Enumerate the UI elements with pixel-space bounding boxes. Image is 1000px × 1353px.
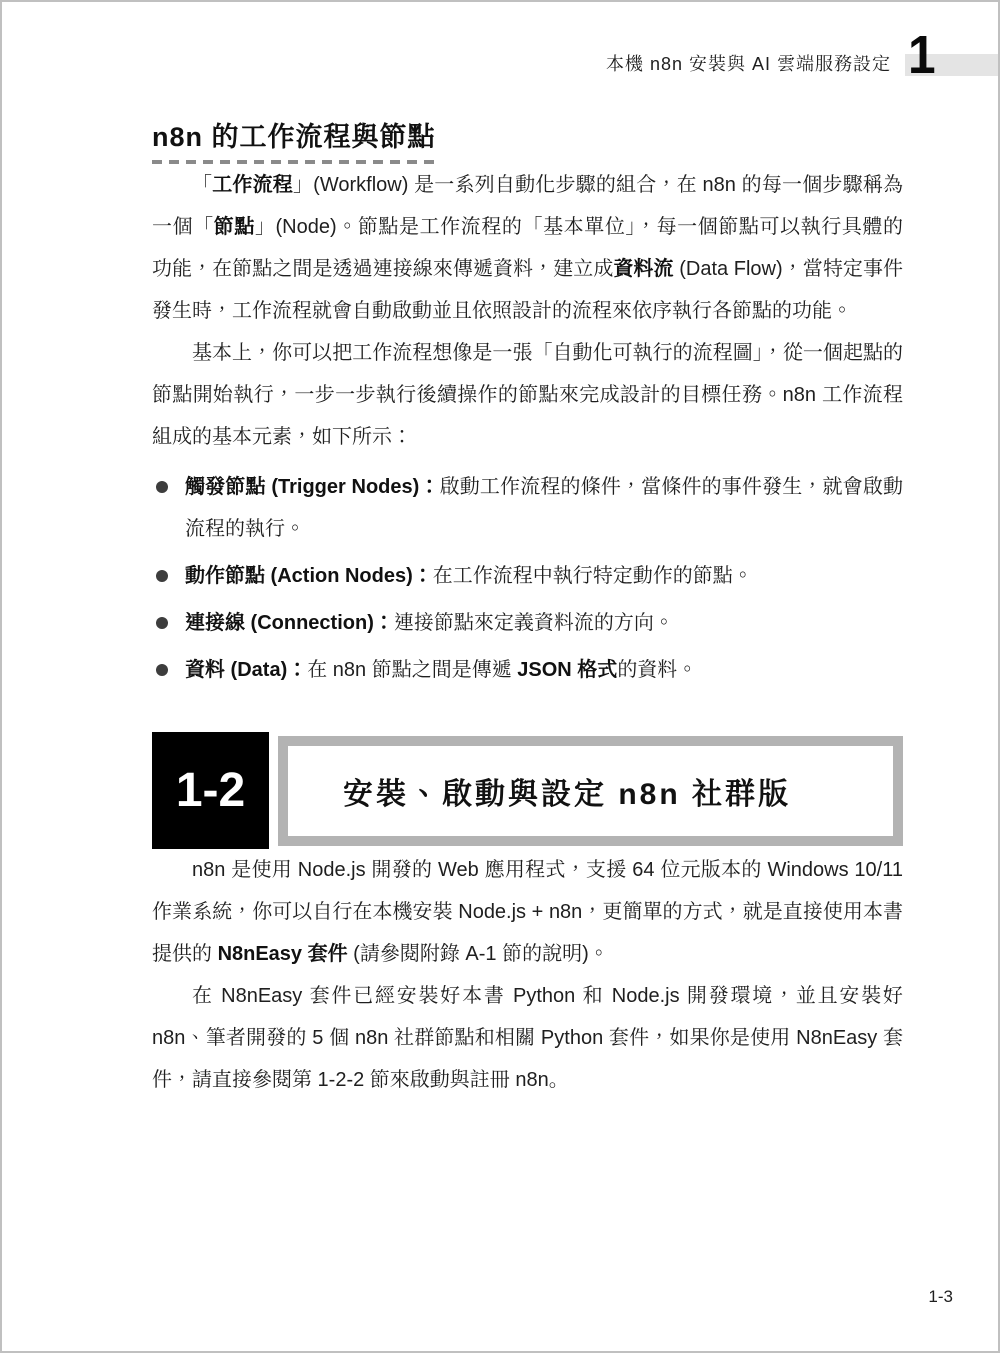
paragraph-workflow-definition: 「工作流程」(Workflow) 是一系列自動化步驟的組合，在 n8n 的每一個… bbox=[152, 164, 903, 332]
paragraph-n8neasy-details: 在 N8nEasy 套件已經安裝好本書 Python 和 Node.js 開發環… bbox=[152, 975, 903, 1101]
workflow-elements-list: 觸發節點 (Trigger Nodes)：啟動工作流程的條件，當條件的事件發生，… bbox=[152, 466, 903, 691]
book-page: 本機 n8n 安裝與 AI 雲端服務設定 1 n8n 的工作流程與節點 「工作流… bbox=[0, 0, 1000, 1353]
section-title-text: 安裝、啟動與設定 n8n 社群版 bbox=[343, 769, 791, 813]
running-header-title: 本機 n8n 安裝與 AI 雲端服務設定 bbox=[606, 50, 891, 76]
list-item-connection: 連接線 (Connection)：連接節點來定義資料流的方向。 bbox=[152, 602, 903, 644]
list-item-action-nodes: 動作節點 (Action Nodes)：在工作流程中執行特定動作的節點。 bbox=[152, 555, 903, 597]
section-number-box: 1-2 bbox=[152, 732, 269, 849]
section-title-box: 安裝、啟動與設定 n8n 社群版 bbox=[278, 736, 903, 846]
page-number: 1-3 bbox=[928, 1287, 953, 1307]
paragraph-workflow-analogy: 基本上，你可以把工作流程想像是一張「自動化可執行的流程圖」，從一個起點的節點開始… bbox=[152, 332, 903, 458]
page-content: n8n 的工作流程與節點 「工作流程」(Workflow) 是一系列自動化步驟的… bbox=[2, 120, 998, 1101]
section-heading-nodes: n8n 的工作流程與節點 bbox=[152, 120, 436, 164]
section-heading-text: n8n 的工作流程與節點 bbox=[152, 122, 436, 152]
chapter-number: 1 bbox=[908, 28, 936, 82]
paragraph-n8n-install-intro: n8n 是使用 Node.js 開發的 Web 應用程式，支援 64 位元版本的… bbox=[152, 849, 903, 975]
section-banner-1-2: 1-2 安裝、啟動與設定 n8n 社群版 bbox=[152, 732, 903, 849]
page-header: 本機 n8n 安裝與 AI 雲端服務設定 1 bbox=[2, 2, 998, 120]
list-item-trigger-nodes: 觸發節點 (Trigger Nodes)：啟動工作流程的條件，當條件的事件發生，… bbox=[152, 466, 903, 550]
list-item-data: 資料 (Data)：在 n8n 節點之間是傳遞 JSON 格式的資料。 bbox=[152, 649, 903, 691]
